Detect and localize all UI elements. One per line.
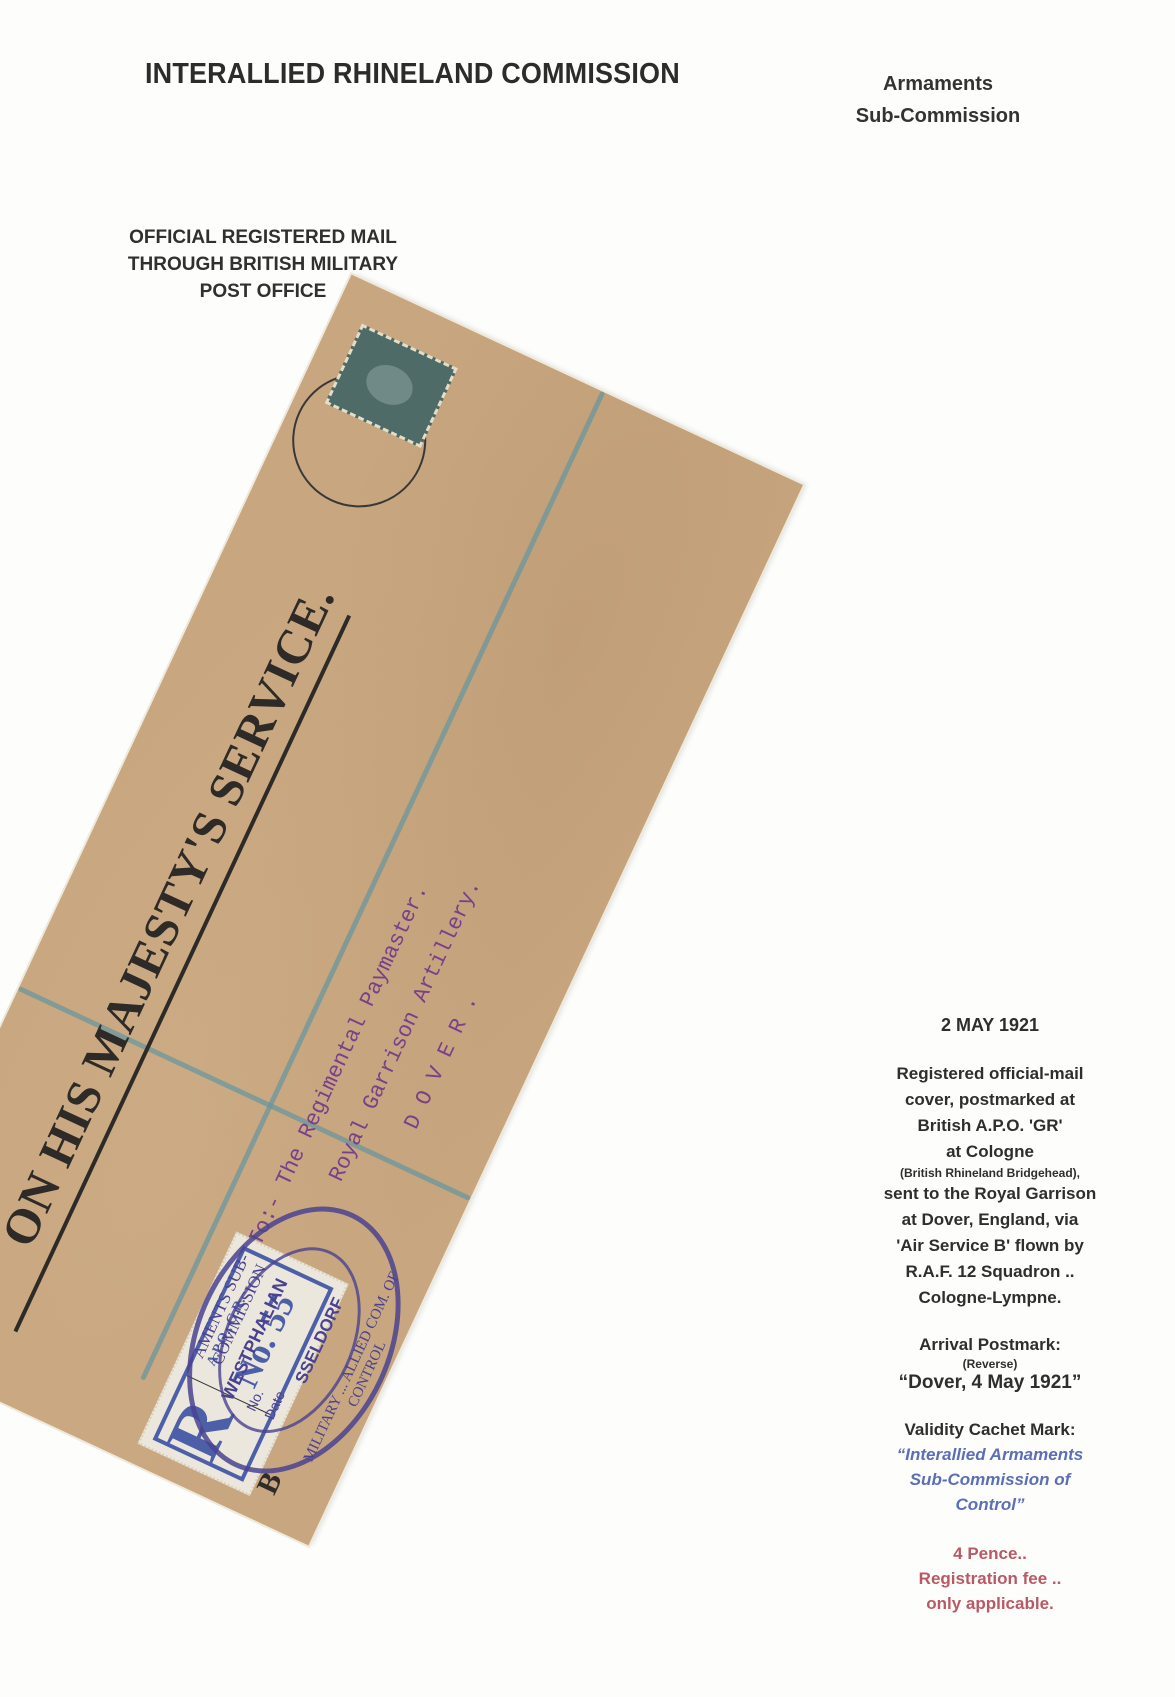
cachet-quote-line: “Interallied Armaments: [860, 1442, 1120, 1467]
desc-line: British A.P.O. 'GR': [860, 1113, 1120, 1139]
envelope: ON HIS MAJESTY'S SERVICE. To:- The Regim…: [0, 275, 803, 1546]
desc-line: R.A.F. 12 Squadron ..: [860, 1259, 1120, 1285]
desc-line: 'Air Service B' flown by: [860, 1233, 1120, 1259]
subcommission-heading: Armaments Sub-Commission: [838, 68, 1038, 132]
arrival-postmark-note: Arrival Postmark: (Reverse) “Dover, 4 Ma…: [860, 1333, 1120, 1395]
cachet-quote-line: Control”: [860, 1492, 1120, 1517]
address-line: Royal Garrison Artillery.: [276, 584, 630, 1274]
cachet-note: Validity Cachet Mark: “Interallied Armam…: [860, 1417, 1120, 1517]
cover-description: Registered official-mail cover, postmark…: [860, 1061, 1120, 1311]
fee-line: 4 Pence..: [860, 1541, 1120, 1566]
corner-b-mark: B: [250, 1467, 289, 1500]
fee-line: only applicable.: [860, 1591, 1120, 1616]
cachet-label: Validity Cachet Mark:: [860, 1417, 1120, 1442]
desc-line: at Cologne: [860, 1139, 1120, 1165]
fee-line: Registration fee ..: [860, 1566, 1120, 1591]
arrival-label: Arrival Postmark:: [860, 1333, 1120, 1357]
arrival-quote: “Dover, 4 May 1921”: [860, 1371, 1120, 1395]
desc-line: sent to the Royal Garrison: [860, 1181, 1120, 1207]
description-notes: 2 MAY 1921 Registered official-mail cove…: [860, 1015, 1120, 1616]
desc-line: cover, postmarked at: [860, 1087, 1120, 1113]
desc-line: Registered official-mail: [860, 1061, 1120, 1087]
desc-small-line: (British Rhineland Bridgehead),: [860, 1165, 1120, 1181]
cover-date: 2 MAY 1921: [860, 1015, 1120, 1036]
arrival-reverse: (Reverse): [860, 1357, 1120, 1371]
official-note-line: OFFICIAL REGISTERED MAIL: [118, 224, 408, 251]
desc-line: Cologne-Lympne.: [860, 1285, 1120, 1311]
page-title: INTERALLIED RHINELAND COMMISSION: [145, 58, 680, 91]
official-note-line: THROUGH BRITISH MILITARY: [118, 251, 408, 278]
subcommission-line: Sub-Commission: [838, 100, 1038, 132]
fee-note: 4 Pence.. Registration fee .. only appli…: [860, 1541, 1120, 1616]
subcommission-line: Armaments: [838, 68, 1038, 100]
cachet-quote-line: Sub-Commission of: [860, 1467, 1120, 1492]
desc-line: at Dover, England, via: [860, 1207, 1120, 1233]
